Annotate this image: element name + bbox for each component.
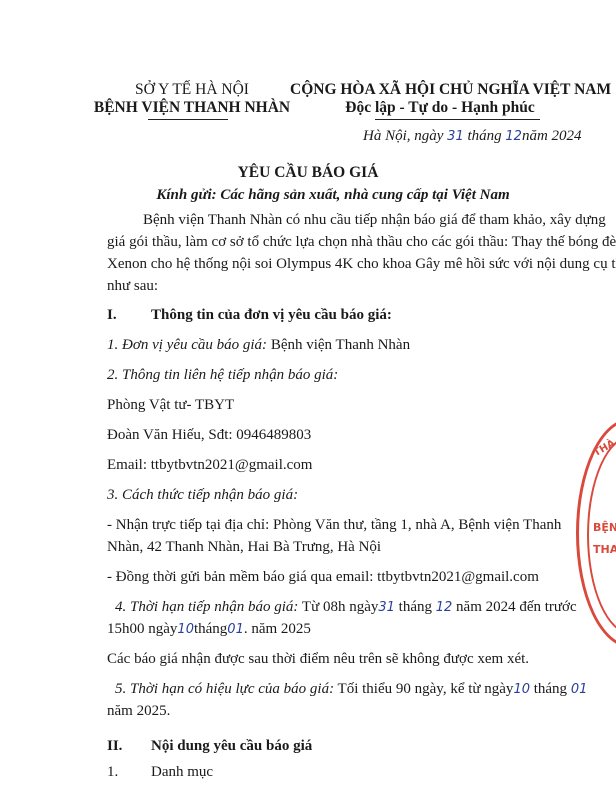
item-4-text: tháng	[194, 621, 227, 637]
item-4-text: Từ 08h ngày	[298, 599, 378, 615]
item-5-text: tháng	[530, 681, 567, 697]
item-4-text: tháng	[395, 599, 436, 615]
end-day-handwritten: 10	[177, 622, 194, 637]
end-month-handwritten: 01	[227, 622, 244, 637]
contact-person: Đoàn Văn Hiếu, Sđt: 0946489803	[107, 427, 311, 444]
item-4-line-1: 4. Thời hạn tiếp nhận báo giá: Từ 08h ng…	[115, 599, 577, 616]
item-4-text: . năm 2025	[244, 621, 311, 637]
intro-line-3: Xenon cho hệ thống nội soi Olympus 4K ch…	[107, 256, 616, 273]
contact-department: Phòng Vật tư- TBYT	[107, 397, 234, 414]
intro-line-1: Bệnh viện Thanh Nhàn có nhu cầu tiếp nhậ…	[143, 212, 606, 229]
document-page: SỞ Y TẾ HÀ NỘI BỆNH VIỆN THANH NHÀN CỘNG…	[0, 0, 616, 807]
hospital-name: BỆNH VIỆN THANH NHÀN	[72, 99, 312, 117]
section-2-item-1-label: Danh mục	[151, 764, 213, 781]
item-1-label: 1. Đơn vị yêu cầu báo giá:	[107, 337, 267, 353]
item-5-text: Tối thiểu 90 ngày, kể từ ngày	[334, 681, 513, 697]
section-2-title: Nội dung yêu cầu báo giá	[151, 738, 312, 755]
item-4-line-2: 15h00 ngày10tháng01. năm 2025	[107, 621, 311, 638]
item-5-label: 5. Thời hạn có hiệu lực của báo giá:	[115, 681, 334, 697]
item-3-label: 3. Cách thức tiếp nhận báo giá:	[107, 487, 298, 504]
motto: Độc lập - Tự do - Hạnh phúc	[290, 99, 590, 117]
item-4-text: 15h00 ngày	[107, 621, 177, 637]
intro-line-4: như sau:	[107, 278, 158, 295]
country-name: CỘNG HÒA XÃ HỘI CHỦ NGHĨA VIỆT NAM	[290, 81, 590, 99]
contact-email: Email: ttbytbvtn2021@gmail.com	[107, 457, 312, 474]
recipient-line: Kính gửi: Các hãng sản xuất, nhà cung cấ…	[50, 187, 616, 204]
start-day-handwritten: 31	[378, 600, 395, 615]
item-1-unit: 1. Đơn vị yêu cầu báo giá: Bệnh viện Tha…	[107, 337, 410, 354]
date-prefix: Hà Nội, ngày	[363, 128, 443, 144]
hospital-underline	[148, 119, 228, 120]
item-2-label: 2. Thông tin liên hệ tiếp nhận báo giá:	[107, 367, 338, 384]
ministry-name: SỞ Y TẾ HÀ NỘI	[92, 81, 292, 99]
validity-day-handwritten: 10	[513, 682, 530, 697]
validity-month-handwritten: 01	[571, 682, 588, 697]
date-year: năm 2024	[522, 128, 582, 144]
late-notice: Các báo giá nhận được sau thời điểm nêu …	[107, 651, 529, 668]
item-4-label: 4. Thời hạn tiếp nhận báo giá:	[115, 599, 298, 615]
section-2-number: II.	[107, 738, 122, 755]
item-1-value: Bệnh viện Thanh Nhàn	[267, 337, 410, 353]
intro-line-2: giá gói thầu, làm cơ sở tổ chức lựa chọn…	[107, 234, 616, 251]
stamp-text-middle-1: BỆNH	[593, 521, 616, 534]
item-5-line-2: năm 2025.	[107, 703, 170, 720]
date-month-handwritten: 12	[505, 129, 522, 144]
start-month-handwritten: 12	[436, 600, 453, 615]
item-5-line-1: 5. Thời hạn có hiệu lực của báo giá: Tối…	[115, 681, 587, 698]
item-4-text: năm 2024 đến trước	[452, 599, 576, 615]
method-1-line-1: - Nhận trực tiếp tại địa chỉ: Phòng Văn …	[107, 517, 561, 534]
date-month-label: tháng	[467, 128, 501, 144]
document-title: YÊU CẦU BÁO GIÁ	[0, 164, 616, 182]
section-1-title: Thông tin của đơn vị yêu cầu báo giá:	[151, 307, 392, 324]
section-1-number: I.	[107, 307, 117, 324]
method-2: - Đồng thời gửi bản mềm báo giá qua emai…	[107, 569, 539, 586]
stamp-text-middle-2: THAN	[593, 543, 616, 556]
section-2-item-1-number: 1.	[107, 764, 118, 781]
stamp-inner-ring	[587, 435, 616, 635]
document-date: Hà Nội, ngày 31 tháng 12năm 2024	[363, 128, 582, 145]
motto-underline	[375, 119, 540, 120]
official-stamp: THÀ BỆNH THAN	[576, 418, 616, 648]
method-1-line-2: Nhàn, 42 Thanh Nhàn, Hai Bà Trưng, Hà Nộ…	[107, 539, 381, 556]
date-day-handwritten: 31	[447, 129, 464, 144]
